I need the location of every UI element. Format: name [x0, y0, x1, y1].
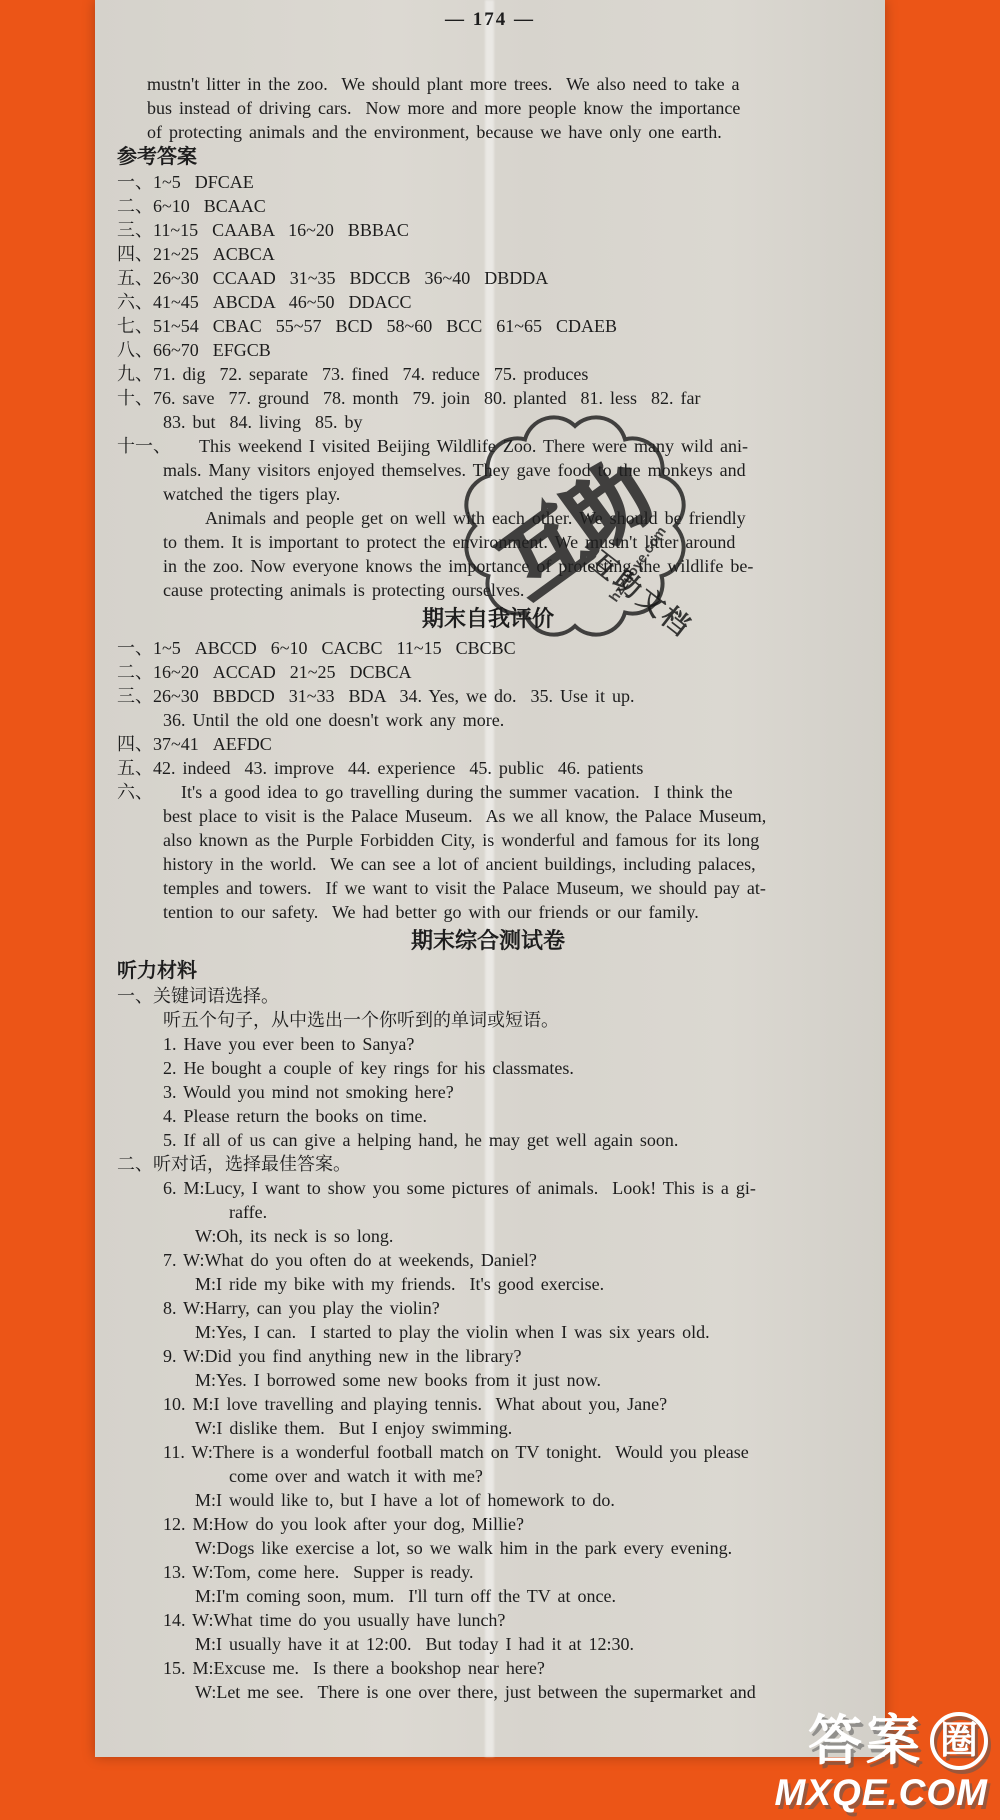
text-line: 九、71. dig 72. separate 73. fined 74. red… [117, 362, 859, 386]
text-line: W:Oh, its neck is so long. [117, 1224, 859, 1248]
text-line: 八、66~70 EFGCB [117, 338, 859, 362]
text-line: 83. but 84. living 85. by [117, 410, 859, 434]
text-line: M:Yes. I borrowed some new books from it… [117, 1368, 859, 1392]
page-number: — 174 — [95, 8, 885, 32]
text-line: to them. It is important to protect the … [117, 530, 859, 554]
text-line: also known as the Purple Forbidden City,… [117, 828, 859, 852]
site-watermark-domain: MXQE.COM [774, 1772, 988, 1814]
text-line: bus instead of driving cars. Now more an… [117, 96, 859, 120]
text-line: 六、41~45 ABCDA 46~50 DDACC [117, 290, 859, 314]
text-line: 二、听对话，选择最佳答案。 [117, 1152, 859, 1176]
text-line: 六、 It's a good idea to go travelling dur… [117, 780, 859, 804]
text-line: 11. W:There is a wonderful football matc… [117, 1440, 859, 1464]
text-line: 听力材料 [117, 958, 859, 984]
text-line: 9. W:Did you find anything new in the li… [117, 1344, 859, 1368]
text-line: 十、76. save 77. ground 78. month 79. join… [117, 386, 859, 410]
text-line: 36. Until the old one doesn't work any m… [117, 708, 859, 732]
text-line: 期末自我评价 [117, 602, 859, 636]
text-line: M:I usually have it at 12:00. But today … [117, 1632, 859, 1656]
scanned-page: mustn't litter in the zoo. We should pla… [95, 0, 885, 1757]
text-line: 4. Please return the books on time. [117, 1104, 859, 1128]
text-line: come over and watch it with me? [117, 1464, 859, 1488]
orange-background: mustn't litter in the zoo. We should pla… [0, 0, 1000, 1820]
text-line: 二、6~10 BCAAC [117, 194, 859, 218]
text-line: 一、1~5 DFCAE [117, 170, 859, 194]
text-line: 3. Would you mind not smoking here? [117, 1080, 859, 1104]
text-line: 一、1~5 ABCCD 6~10 CACBC 11~15 CBCBC [117, 636, 859, 660]
text-line: M:I ride my bike with my friends. It's g… [117, 1272, 859, 1296]
text-line: cause protecting animals is protecting o… [117, 578, 859, 602]
text-line: 七、51~54 CBAC 55~57 BCD 58~60 BCC 61~65 C… [117, 314, 859, 338]
text-line: history in the world. We can see a lot o… [117, 852, 859, 876]
text-line: M:I'm coming soon, mum. I'll turn off th… [117, 1584, 859, 1608]
site-watermark: 答案圈 MXQE.COM [774, 1712, 988, 1814]
text-line: mals. Many visitors enjoyed themselves. … [117, 458, 859, 482]
text-line: 10. M:I love travelling and playing tenn… [117, 1392, 859, 1416]
site-name-text: 答案 [808, 1712, 924, 1770]
text-line: tention to our safety. We had better go … [117, 900, 859, 924]
text-line: 12. M:How do you look after your dog, Mi… [117, 1512, 859, 1536]
text-line: 四、21~25 ACBCA [117, 242, 859, 266]
text-line: mustn't litter in the zoo. We should pla… [117, 72, 859, 96]
text-line: Animals and people get on well with each… [117, 506, 859, 530]
text-line: M:I would like to, but I have a lot of h… [117, 1488, 859, 1512]
text-line: 2. He bought a couple of key rings for h… [117, 1056, 859, 1080]
text-line: 8. W:Harry, can you play the violin? [117, 1296, 859, 1320]
text-line: 13. W:Tom, come here. Supper is ready. [117, 1560, 859, 1584]
text-line: 一、关键词语选择。 [117, 984, 859, 1008]
text-line: raffe. [117, 1200, 859, 1224]
screenshot-root: { "colors":{ "background_orange":"#ec551… [0, 0, 1000, 1820]
text-line: 6. M:Lucy, I want to show you some pictu… [117, 1176, 859, 1200]
text-line: 14. W:What time do you usually have lunc… [117, 1608, 859, 1632]
text-line: 1. Have you ever been to Sanya? [117, 1032, 859, 1056]
text-line: 15. M:Excuse me. Is there a bookshop nea… [117, 1656, 859, 1680]
text-line: temples and towers. If we want to visit … [117, 876, 859, 900]
text-line: watched the tigers play. [117, 482, 859, 506]
text-line: W:Let me see. There is one over there, j… [117, 1680, 859, 1704]
text-line: W:Dogs like exercise a lot, so we walk h… [117, 1536, 859, 1560]
text-line: 听五个句子，从中选出一个你听到的单词或短语。 [117, 1008, 859, 1032]
text-line: 三、26~30 BBDCD 31~33 BDA 34. Yes, we do. … [117, 684, 859, 708]
text-line: in the zoo. Now everyone knows the impor… [117, 554, 859, 578]
text-line: 7. W:What do you often do at weekends, D… [117, 1248, 859, 1272]
text-line: 参考答案 [117, 144, 859, 170]
text-line: of protecting animals and the environmen… [117, 120, 859, 144]
text-line: 五、26~30 CCAAD 31~35 BDCCB 36~40 DBDDA [117, 266, 859, 290]
site-name-circled-char: 圈 [930, 1712, 988, 1770]
text-line: M:Yes, I can. I started to play the viol… [117, 1320, 859, 1344]
text-line: 三、11~15 CAABA 16~20 BBBAC [117, 218, 859, 242]
text-line: 5. If all of us can give a helping hand,… [117, 1128, 859, 1152]
text-line: W:I dislike them. But I enjoy swimming. [117, 1416, 859, 1440]
text-line: 二、16~20 ACCAD 21~25 DCBCA [117, 660, 859, 684]
text-line: 期末综合测试卷 [117, 924, 859, 958]
text-line: 五、42. indeed 43. improve 44. experience … [117, 756, 859, 780]
text-line: 四、37~41 AEFDC [117, 732, 859, 756]
site-watermark-name: 答案圈 [774, 1712, 988, 1770]
text-line: best place to visit is the Palace Museum… [117, 804, 859, 828]
page-text: mustn't litter in the zoo. We should pla… [117, 72, 859, 1704]
text-line: 十一、 This weekend I visited Beijing Wildl… [117, 434, 859, 458]
